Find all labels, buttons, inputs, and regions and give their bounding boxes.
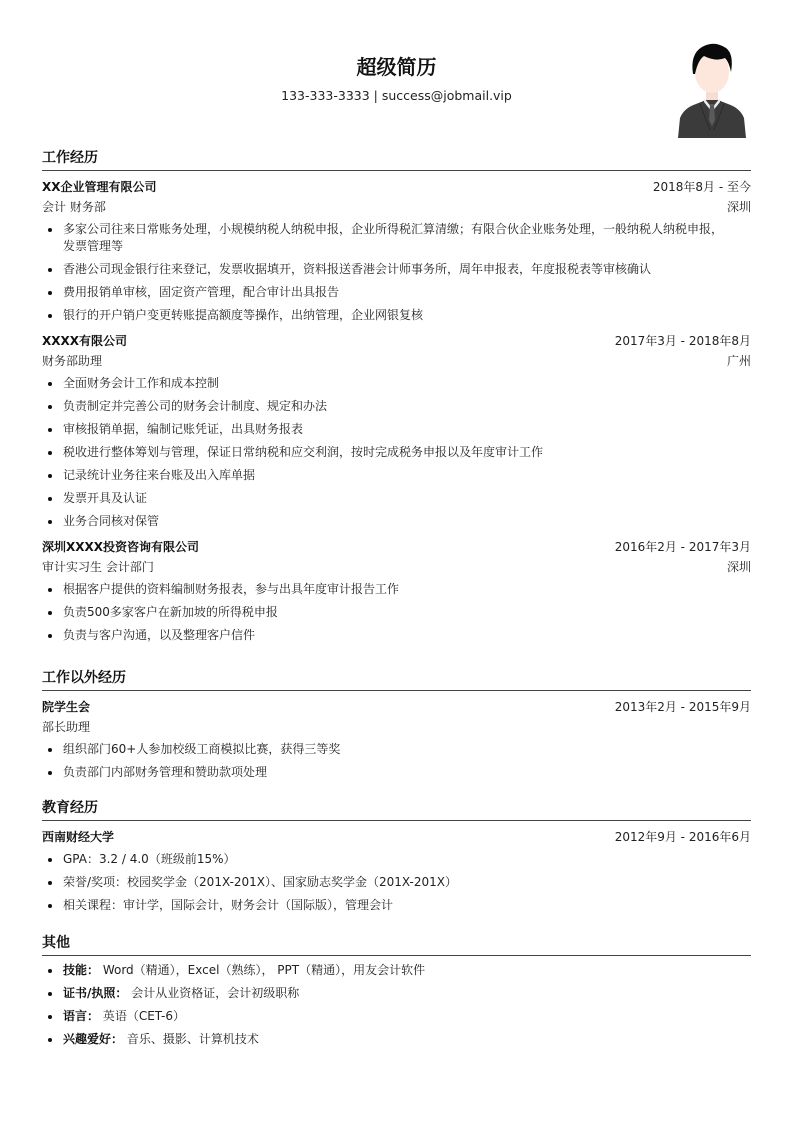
list-item: 税收进行整体筹划与管理，保证日常纳税和应交利润，按时完成税务申报以及年度审计工作: [42, 444, 751, 461]
company-name: 深圳XXXX投资咨询有限公司: [42, 536, 199, 558]
list-item: GPA：3.2 / 4.0（班级前15%）: [42, 851, 751, 868]
date-range: 2012年9月 - 2016年6月: [615, 826, 751, 848]
list-item: 费用报销单审核，固定资产管理，配合审计出具报告: [42, 284, 751, 301]
list-item: 负责500多家客户在新加坡的所得税申报: [42, 604, 751, 621]
organization-name: 院学生会: [42, 696, 90, 718]
work-entry: XXXX有限公司 2017年3月 - 2018年8月 财务部助理 广州 全面财务…: [42, 330, 751, 530]
location: 深圳: [727, 196, 751, 218]
list-item: 审核报销单据，编制记账凭证，出具财务报表: [42, 421, 751, 438]
bullet-list: 根据客户提供的资料编制财务报表，参与出具年度审计报告工作 负责500多家客户在新…: [42, 581, 751, 644]
resume-page: 超级简历 133-333-3333 | success@jobmail.vip …: [42, 0, 751, 150]
date-range: 2013年2月 - 2015年9月: [615, 696, 751, 718]
education-entry: 西南财经大学 2012年9月 - 2016年6月 GPA：3.2 / 4.0（班…: [42, 826, 751, 914]
list-item: 银行的开户销户变更转账提高额度等操作，出纳管理，企业网银复核: [42, 307, 751, 324]
job-role: 会计 财务部: [42, 196, 106, 218]
section-extra-experience: 工作以外经历 院学生会 2013年2月 - 2015年9月 部长助理 组织部门6…: [42, 668, 751, 787]
date-range: 2018年8月 - 至今: [653, 176, 751, 198]
list-item: 记录统计业务往来台账及出入库单据: [42, 467, 751, 484]
list-item-hobbies: 兴趣爱好： 音乐、摄影、计算机技术: [42, 1031, 751, 1048]
date-range: 2016年2月 - 2017年3月: [615, 536, 751, 558]
list-item: 发票开具及认证: [42, 490, 751, 507]
list-item: 香港公司现金银行往来登记，发票收据填开，资料报送香港会计师事务所，周年申报表，年…: [42, 261, 751, 278]
list-item: 全面财务会计工作和成本控制: [42, 375, 751, 392]
section-title: 教育经历: [42, 798, 751, 821]
list-item: 负责部门内部财务管理和赞助款项处理: [42, 764, 751, 781]
company-name: XX企业管理有限公司: [42, 176, 157, 198]
item-value: 会计从业资格证，会计初级职称: [127, 986, 299, 1000]
bullet-list: 全面财务会计工作和成本控制 负责制定并完善公司的财务会计制度、规定和办法 审核报…: [42, 375, 751, 530]
list-item: 负责与客户沟通，以及整理客户信件: [42, 627, 751, 644]
date-range: 2017年3月 - 2018年8月: [615, 330, 751, 352]
bullet-list: GPA：3.2 / 4.0（班级前15%） 荣誉/奖项：校园奖学金（201X-2…: [42, 851, 751, 914]
list-item: 多家公司往来日常账务处理，小规模纳税人纳税申报，企业所得税汇算清缴；有限合伙企业…: [42, 221, 751, 255]
list-item: 组织部门60+人参加校级工商模拟比赛，获得三等奖: [42, 741, 751, 758]
company-name: XXXX有限公司: [42, 330, 127, 352]
section-work-experience: 工作经历 XX企业管理有限公司 2018年8月 - 至今 会计 财务部 深圳 多…: [42, 148, 751, 650]
job-role: 财务部助理: [42, 350, 102, 372]
item-label: 兴趣爱好：: [63, 1032, 123, 1046]
list-item: 负责制定并完善公司的财务会计制度、规定和办法: [42, 398, 751, 415]
contact-info: 133-333-3333 | success@jobmail.vip: [42, 87, 751, 105]
item-label: 语言：: [63, 1009, 99, 1023]
bullet-list: 组织部门60+人参加校级工商模拟比赛，获得三等奖 负责部门内部财务管理和赞助款项…: [42, 741, 751, 781]
avatar-portrait-icon: [676, 40, 748, 138]
list-item-certificates: 证书/执照： 会计从业资格证，会计初级职称: [42, 985, 751, 1002]
bullet-list: 多家公司往来日常账务处理，小规模纳税人纳税申报，企业所得税汇算清缴；有限合伙企业…: [42, 221, 751, 324]
item-label: 技能：: [63, 963, 99, 977]
role: 部长助理: [42, 716, 90, 738]
extra-entry: 院学生会 2013年2月 - 2015年9月 部长助理 组织部门60+人参加校级…: [42, 696, 751, 781]
list-item-languages: 语言： 英语（CET-6）: [42, 1008, 751, 1025]
item-value: 英语（CET-6）: [99, 1009, 185, 1023]
work-entry: 深圳XXXX投资咨询有限公司 2016年2月 - 2017年3月 审计实习生 会…: [42, 536, 751, 644]
section-other: 其他 技能： Word（精通），Excel（熟练）， PPT（精通），用友会计软…: [42, 933, 751, 1054]
work-entry: XX企业管理有限公司 2018年8月 - 至今 会计 财务部 深圳 多家公司往来…: [42, 176, 751, 324]
section-title: 工作经历: [42, 148, 751, 171]
section-title: 工作以外经历: [42, 668, 751, 691]
list-item: 业务合同核对保管: [42, 513, 751, 530]
list-item: 荣誉/奖项：校园奖学金（201X-201X）、国家励志奖学金（201X-201X…: [42, 874, 751, 891]
list-item-skills: 技能： Word（精通），Excel（熟练）， PPT（精通），用友会计软件: [42, 962, 751, 979]
candidate-name: 超级简历: [42, 53, 751, 81]
section-education: 教育经历 西南财经大学 2012年9月 - 2016年6月 GPA：3.2 / …: [42, 798, 751, 920]
section-title: 其他: [42, 933, 751, 956]
list-item: 相关课程：审计学，国际会计，财务会计（国际版），管理会计: [42, 897, 751, 914]
bullet-list: 技能： Word（精通），Excel（熟练）， PPT（精通），用友会计软件 证…: [42, 962, 751, 1048]
item-label: 证书/执照：: [63, 986, 127, 1000]
item-value: Word（精通），Excel（熟练）， PPT（精通），用友会计软件: [99, 963, 425, 977]
item-value: 音乐、摄影、计算机技术: [123, 1032, 259, 1046]
list-item: 根据客户提供的资料编制财务报表，参与出具年度审计报告工作: [42, 581, 751, 598]
location: 广州: [727, 350, 751, 372]
school-name: 西南财经大学: [42, 826, 114, 848]
resume-header: 超级简历 133-333-3333 | success@jobmail.vip: [42, 0, 751, 150]
job-role: 审计实习生 会计部门: [42, 556, 154, 578]
location: 深圳: [727, 556, 751, 578]
